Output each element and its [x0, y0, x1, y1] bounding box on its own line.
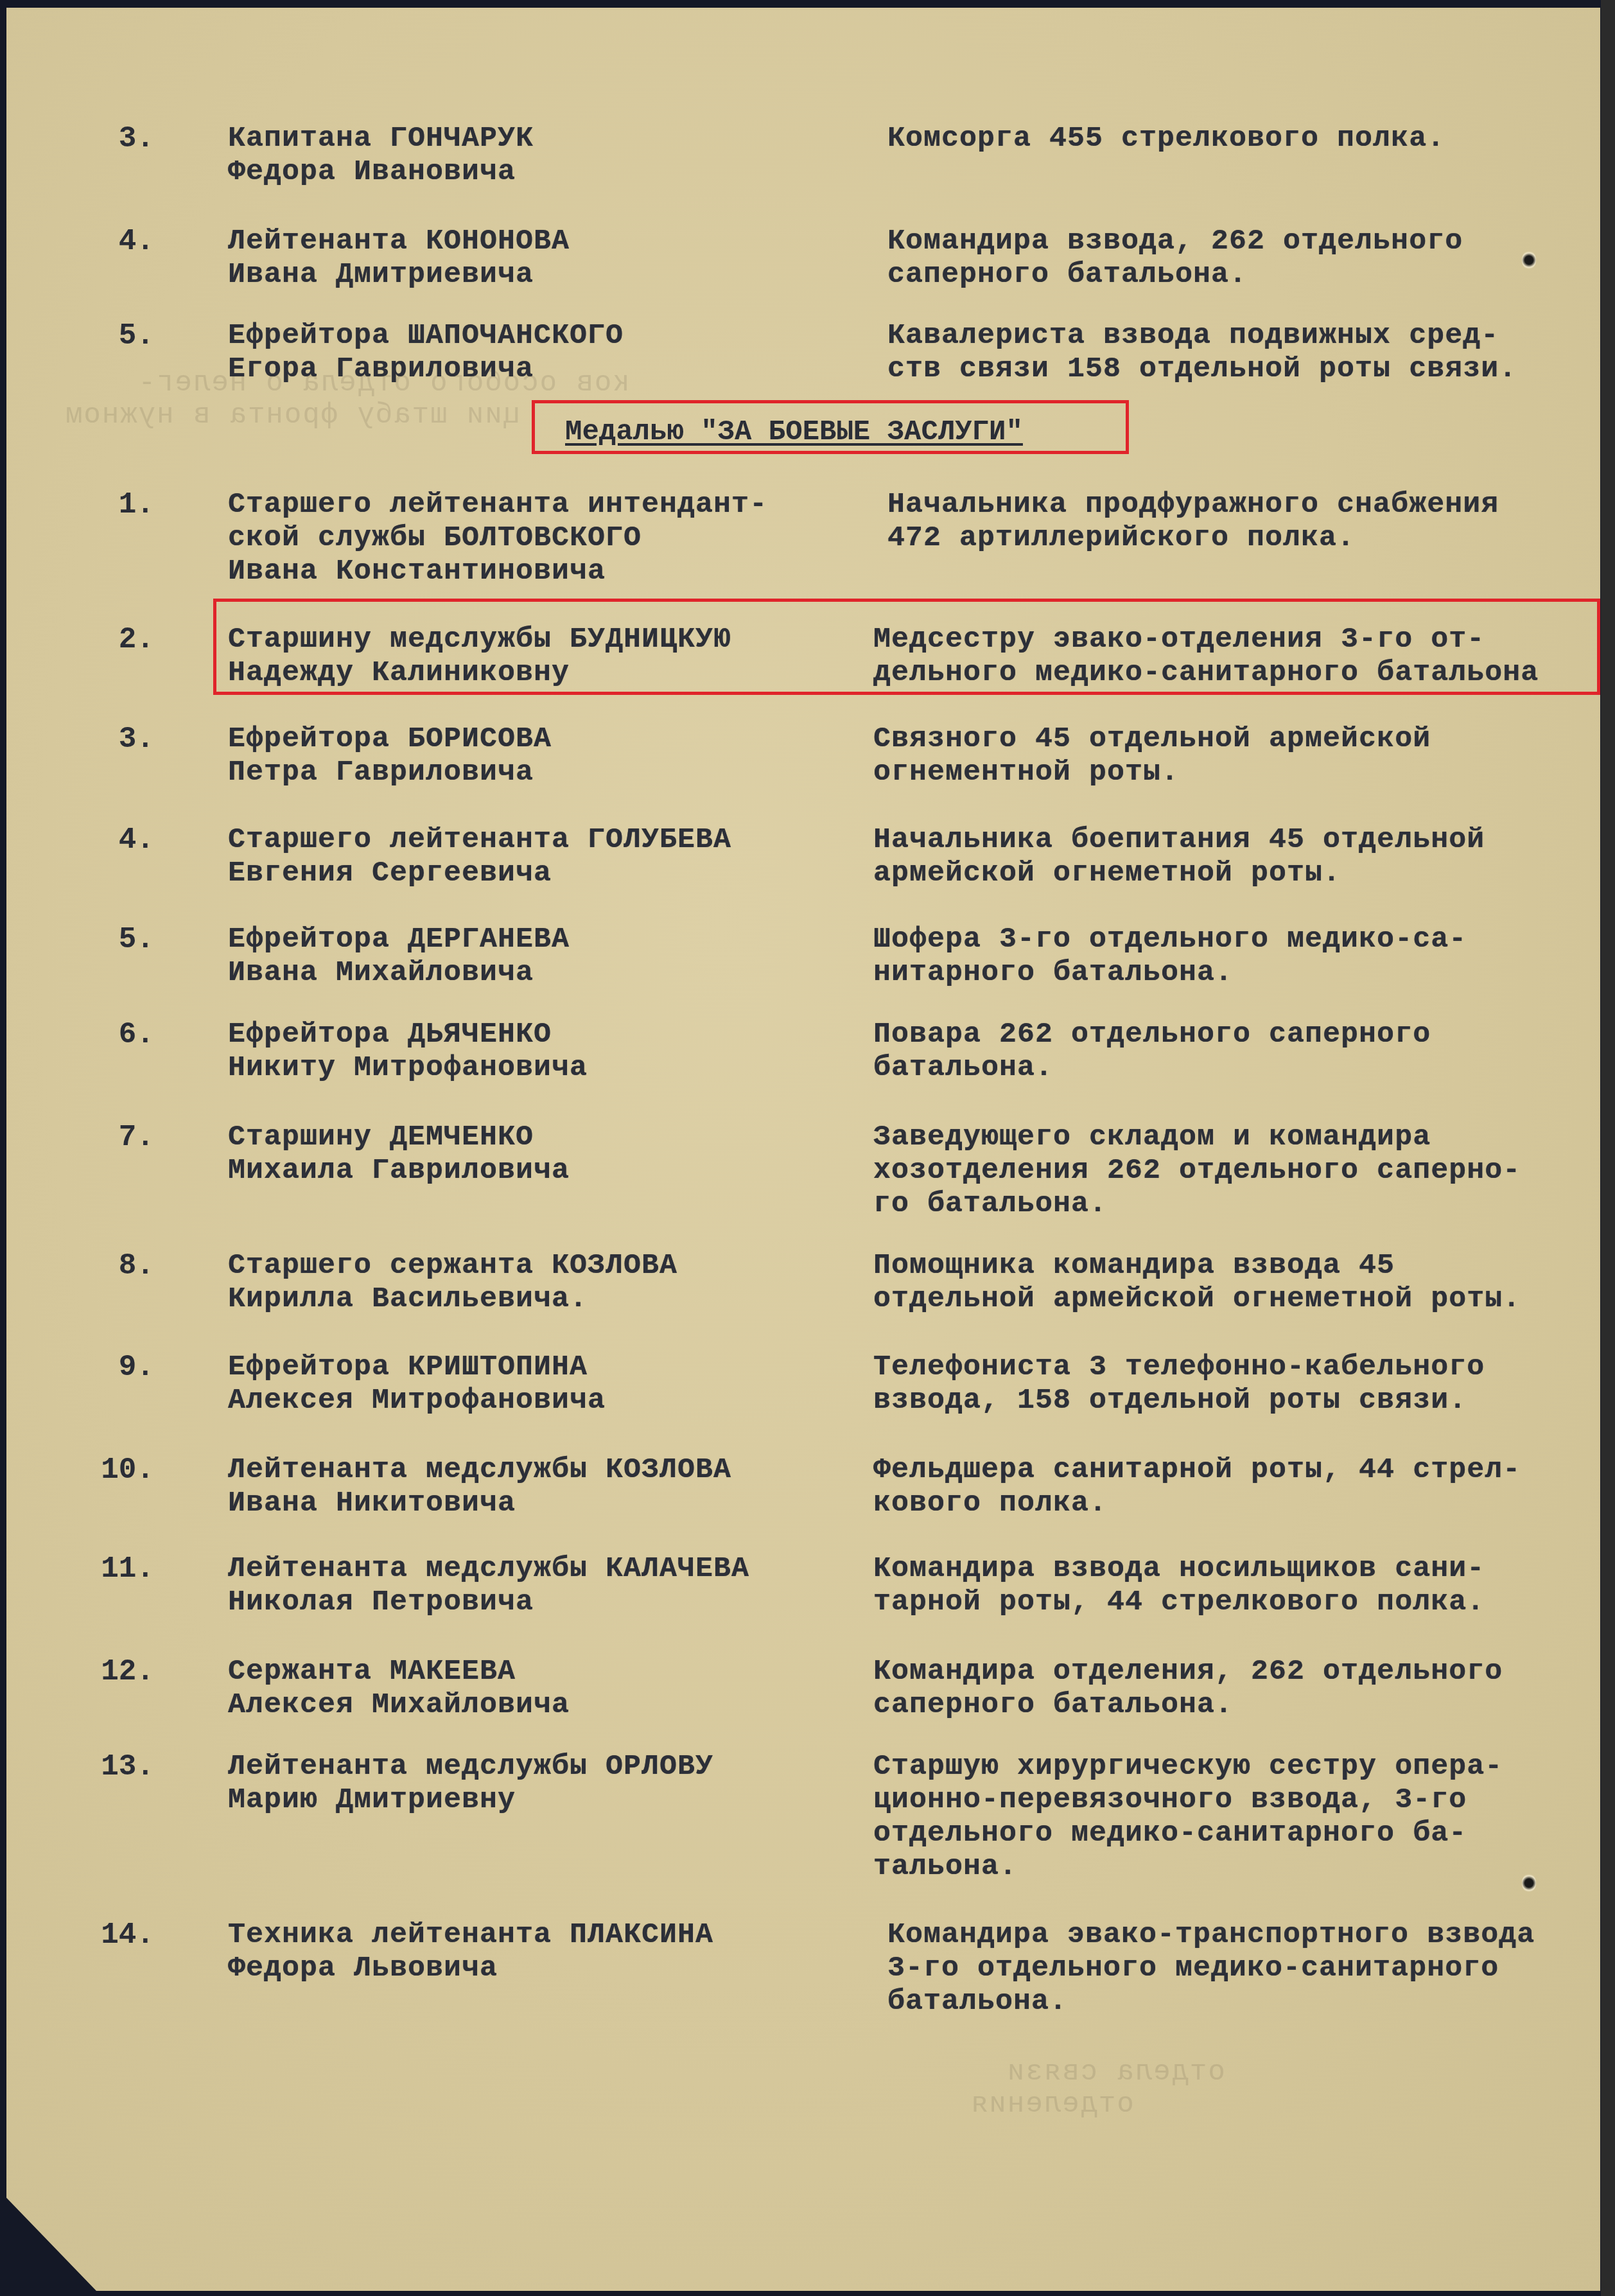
- entry-number: 5.: [77, 319, 154, 353]
- entry-number: 3.: [77, 122, 154, 155]
- recipient-name-line: ской службы БОЛТОВСКОГО: [228, 521, 642, 555]
- recipient-name-line: Лейтенанта медслужбы КАЛАЧЕВА: [228, 1552, 749, 1586]
- recipient-role-line: Командира эвако-транспортного взвода: [887, 1918, 1535, 1952]
- recipient-name-line: Егора Гавриловича: [228, 353, 534, 386]
- recipient-role-line: нитарного батальона.: [873, 956, 1233, 990]
- recipient-name-line: Ивана Константиновича: [228, 555, 606, 588]
- recipient-name-line: Старшего лейтенанта интендант-: [228, 488, 767, 521]
- recipient-role-line: отдельного медико-санитарного ба-: [873, 1817, 1467, 1850]
- recipient-name-line: Кирилла Васильевича.: [228, 1283, 588, 1316]
- recipient-name-line: Старшего сержанта КОЗЛОВА: [228, 1249, 677, 1283]
- recipient-role-line: ств связи 158 отдельной роты связи.: [887, 353, 1517, 386]
- entry-number: 2.: [77, 623, 154, 656]
- recipient-role-line: 3-го отдельного медико-санитарного: [887, 1952, 1499, 1985]
- recipient-role-line: Помощника командира взвода 45: [873, 1249, 1395, 1283]
- entry-number: 7.: [77, 1121, 154, 1154]
- bleed-through-text: отдела связи отделения: [970, 2056, 1225, 2121]
- recipient-role-line: саперного батальона.: [887, 258, 1247, 292]
- recipient-role-line: Начальника боепитания 45 отдельной: [873, 823, 1485, 857]
- recipient-role-line: 472 артиллерийского полка.: [887, 521, 1355, 555]
- recipient-name-line: Алексея Михайловича: [228, 1688, 570, 1722]
- recipient-role-line: Командира взвода носильщиков сани-: [873, 1552, 1485, 1586]
- recipient-name-line: Ивана Никитовича: [228, 1487, 516, 1520]
- recipient-name-line: Ефрейтора БОРИСОВА: [228, 723, 552, 756]
- entry-number: 9.: [77, 1351, 154, 1384]
- recipient-role-line: ционно-перевязочного взвода, 3-го: [873, 1783, 1467, 1817]
- recipient-name-line: Ивана Дмитриевича: [228, 258, 534, 292]
- recipient-name-line: Федора Ивановича: [228, 155, 516, 189]
- entry-number: 12.: [77, 1655, 154, 1688]
- recipient-name-line: Сержанта МАКЕЕВА: [228, 1655, 516, 1688]
- entry-number: 6.: [77, 1018, 154, 1051]
- recipient-role-line: взвода, 158 отдельной роты связи.: [873, 1384, 1467, 1417]
- recipient-role-line: огнементной роты.: [873, 756, 1179, 789]
- recipient-role-line: саперного батальона.: [873, 1688, 1233, 1722]
- recipient-name-line: Ефрейтора ДЕРГАНЕВА: [228, 923, 570, 956]
- recipient-name-line: Лейтенанта медслужбы ОРЛОВУ: [228, 1750, 713, 1783]
- recipient-role-line: тарной роты, 44 стрелкового полка.: [873, 1586, 1485, 1619]
- recipient-name-line: Старшего лейтенанта ГОЛУБЕВА: [228, 823, 731, 857]
- recipient-role-line: батальона.: [887, 1985, 1067, 2019]
- entry-number: 14.: [77, 1918, 154, 1952]
- entry-number: 3.: [77, 723, 154, 756]
- recipient-name-line: Старшину ДЕМЧЕНКО: [228, 1121, 534, 1154]
- recipient-name-line: Михаила Гавриловича: [228, 1154, 570, 1187]
- recipient-role-line: го батальона.: [873, 1187, 1107, 1221]
- recipient-name-line: Ефрейтора ШАПОЧАНСКОГО: [228, 319, 624, 353]
- recipient-name-line: Никиту Митрофановича: [228, 1051, 588, 1085]
- scan-edge: [1601, 0, 1615, 2296]
- recipient-name-line: Техника лейтенанта ПЛАКСИНА: [228, 1918, 713, 1952]
- recipient-name-line: Петра Гавриловича: [228, 756, 534, 789]
- recipient-role-line: тальона.: [873, 1850, 1017, 1884]
- recipient-name-line: Капитана ГОНЧАРУК: [228, 122, 534, 155]
- recipient-role-line: отдельной армейской огнеметной роты.: [873, 1283, 1521, 1316]
- recipient-role-line: Шофера 3-го отдельного медико-са-: [873, 923, 1467, 956]
- recipient-role-line: Старшую хирургическую сестру опера-: [873, 1750, 1503, 1783]
- recipient-role-line: Начальника продфуражного снабжения: [887, 488, 1499, 521]
- recipient-role-line: батальона.: [873, 1051, 1053, 1085]
- recipient-role-line: армейской огнеметной роты.: [873, 857, 1341, 890]
- recipient-role-line: Повара 262 отдельного саперного: [873, 1018, 1431, 1051]
- entry-number: 13.: [77, 1750, 154, 1783]
- recipient-name-line: Марию Дмитриевну: [228, 1783, 516, 1817]
- recipient-role-line: Командира отделения, 262 отдельного: [873, 1655, 1503, 1688]
- recipient-role-line: Телефониста 3 телефонно-кабельного: [873, 1351, 1485, 1384]
- entry-number: 1.: [77, 488, 154, 521]
- punch-hole: [1522, 1873, 1536, 1893]
- recipient-role-line: кового полка.: [873, 1487, 1107, 1520]
- entry-number: 10.: [77, 1453, 154, 1487]
- recipient-name-line: Алексея Митрофановича: [228, 1384, 606, 1417]
- recipient-name-line: Ефрейтора КРИШТОПИНА: [228, 1351, 588, 1384]
- recipient-role-line: Кавалериста взвода подвижных сред-: [887, 319, 1499, 353]
- recipient-role-line: Связного 45 отдельной армейской: [873, 723, 1431, 756]
- punch-hole: [1522, 250, 1536, 270]
- recipient-name-line: Николая Петровича: [228, 1586, 534, 1619]
- entry-number: 5.: [77, 923, 154, 956]
- heading-highlight-box: [532, 400, 1129, 454]
- recipient-name-line: Лейтенанта КОНОНОВА: [228, 225, 570, 258]
- entry-number: 11.: [77, 1552, 154, 1586]
- entry-number: 8.: [77, 1249, 154, 1283]
- recipient-name-line: Евгения Сергеевича: [228, 857, 552, 890]
- recipient-role-line: Комсорга 455 стрелкового полка.: [887, 122, 1445, 155]
- recipient-role-line: Заведующего складом и командира: [873, 1121, 1431, 1154]
- recipient-name-line: Ивана Михайловича: [228, 956, 534, 990]
- recipient-role-line: Фельдшера санитарной роты, 44 стрел-: [873, 1453, 1521, 1487]
- entry-2-highlight-box: [213, 599, 1600, 695]
- document-page: ков особого отдела о нелег- ции штабу фр…: [6, 8, 1600, 2291]
- recipient-role-line: Командира взвода, 262 отдельного: [887, 225, 1463, 258]
- recipient-name-line: Федора Львовича: [228, 1952, 498, 1985]
- recipient-role-line: хозотделения 262 отдельного саперно-: [873, 1154, 1521, 1187]
- recipient-name-line: Ефрейтора ДЬЯЧЕНКО: [228, 1018, 552, 1051]
- entry-number: 4.: [77, 225, 154, 258]
- recipient-name-line: Лейтенанта медслужбы КОЗЛОВА: [228, 1453, 731, 1487]
- entry-number: 4.: [77, 823, 154, 857]
